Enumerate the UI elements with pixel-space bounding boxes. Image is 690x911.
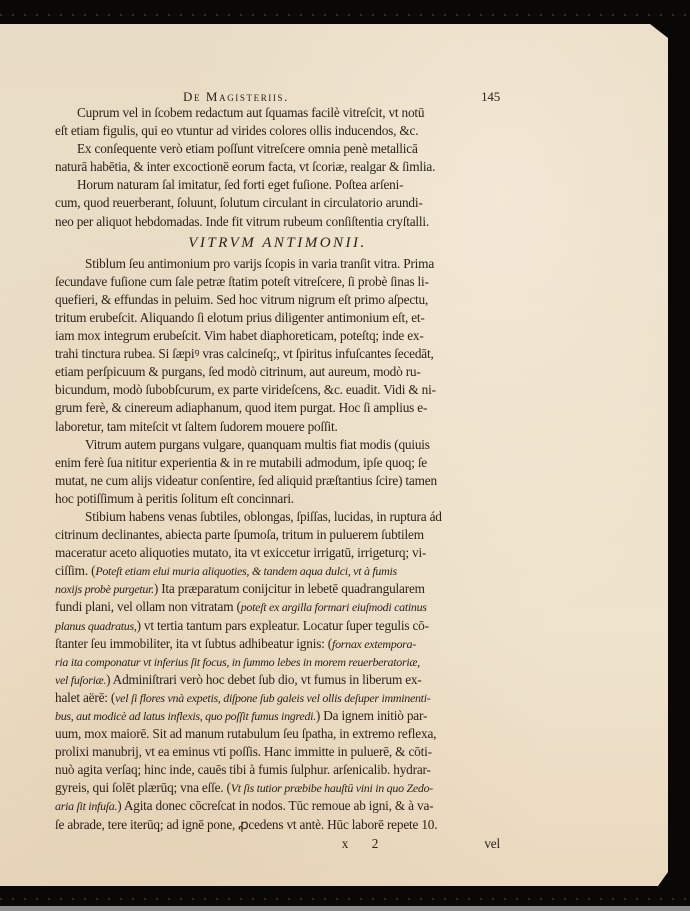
line-text: grum ferè, & cinereum adiaphanum, quod i… bbox=[55, 399, 427, 417]
line-text: ciſſim. ( bbox=[55, 562, 95, 580]
book-page: De Magisteriis. 145 Cuprum vel in ſcobem… bbox=[0, 24, 668, 886]
text-line: nuò agita verſaq; hinc inde, cauēs tibi … bbox=[55, 761, 500, 779]
line-text: Cuprum vel in ſcobem redactum aut ſquama… bbox=[77, 104, 424, 122]
section-heading: VITRVM ANTIMONII. bbox=[55, 234, 500, 253]
text-line: maceratur aceto aliquoties mutato, ita v… bbox=[55, 544, 500, 562]
line-text: eſt etiam figulis, qui eo vtuntur ad vir… bbox=[55, 122, 418, 140]
text-line: uum, mox maiorē. Sit ad manum rutabulum … bbox=[55, 725, 500, 743]
italic-gloss: vel fuſoriæ. bbox=[55, 671, 106, 689]
line-text: neo per aliquot hebdomadas. Inde fit vit… bbox=[55, 213, 429, 231]
line-text: ſecundave fuſione cum ſale petræ ſtatim … bbox=[55, 273, 429, 291]
text-line: halet aërē: (vel ſi flores vnà expetis, … bbox=[55, 689, 500, 707]
text-line: fundi plani, vel ollam non vitratam (pot… bbox=[55, 598, 500, 616]
line-text: tritum erubeſcit. Aliquando ſi elotum pr… bbox=[55, 309, 425, 327]
text-line: Cuprum vel in ſcobem redactum aut ſquama… bbox=[55, 104, 500, 122]
line-text: quefieri, & effundas in peluim. Sed hoc … bbox=[55, 291, 428, 309]
line-text: bicundum, modò ſubobſcurum, ex parte vir… bbox=[55, 381, 436, 399]
text-line: prolixi manubrij, vt ea eminus vti poſſi… bbox=[55, 743, 500, 761]
line-text: laboretur, tam miteſcit vt ſaltem ſudore… bbox=[55, 418, 338, 436]
italic-gloss: vel ſi flores vnà expetis, diſpone ſub g… bbox=[115, 689, 430, 707]
line-text: Ex conſequente verò etiam poſſunt vitreſ… bbox=[77, 140, 418, 158]
text-line: ciſſim. (Poteſt etiam elui muria aliquot… bbox=[55, 562, 500, 580]
text-line: trahi tinctura rubea. Si ſæpiꝰ vras calc… bbox=[55, 345, 500, 363]
text-line: aria ſit infuſa.) Agita donec cōcreſcat … bbox=[55, 797, 500, 815]
line-text: naturā habētia, & inter excoctionē eorum… bbox=[55, 158, 435, 176]
italic-gloss: fornax extempora- bbox=[332, 635, 416, 653]
line-text: hoc potiſſimum à peritis ſolitum eſt con… bbox=[55, 490, 294, 508]
text-line: ſe abrade, tere iterūq; ad ignē pone, ꝓc… bbox=[55, 816, 500, 834]
text-line: Stibium habens venas ſubtiles, oblongas,… bbox=[55, 508, 500, 526]
text-line: iam mox integrum erubeſcit. Vim habet di… bbox=[55, 327, 500, 345]
line-text: nuò agita verſaq; hinc inde, cauēs tibi … bbox=[55, 761, 431, 779]
text-line: eſt etiam figulis, qui eo vtuntur ad vir… bbox=[55, 122, 500, 140]
italic-gloss: ria ita componatur vt inferius ſit focus… bbox=[55, 653, 420, 671]
line-text: ſtanter ſeu immobiliter, ita vt ſubtus a… bbox=[55, 635, 332, 653]
running-head: De Magisteriis. 145 bbox=[55, 88, 500, 104]
text-line: laboretur, tam miteſcit vt ſaltem ſudore… bbox=[55, 418, 500, 436]
text-line: grum ferè, & cinereum adiaphanum, quod i… bbox=[55, 399, 500, 417]
line-text: ) vt tertia tantum pars expleatur. Locat… bbox=[137, 617, 429, 635]
line-text: ) Adminiſtrari verò hoc debet ſub dio, v… bbox=[106, 671, 422, 689]
line-text: prolixi manubrij, vt ea eminus vti poſſi… bbox=[55, 743, 432, 761]
text-line: ſecundave fuſione cum ſale petræ ſtatim … bbox=[55, 273, 500, 291]
text-line: bicundum, modò ſubobſcurum, ex parte vir… bbox=[55, 381, 500, 399]
page-text-block: De Magisteriis. 145 Cuprum vel in ſcobem… bbox=[55, 88, 500, 853]
text-line: tritum erubeſcit. Aliquando ſi elotum pr… bbox=[55, 309, 500, 327]
line-text: maceratur aceto aliquoties mutato, ita v… bbox=[55, 544, 426, 562]
italic-gloss: noxijs probè purgetur. bbox=[55, 580, 154, 598]
scanner-bar bbox=[0, 906, 690, 911]
line-text: cum, quod reuerberant, ſoluunt, ſolutum … bbox=[55, 194, 423, 212]
text-line: enim ferè ſua nititur experientia & in r… bbox=[55, 454, 500, 472]
text-line: neo per aliquot hebdomadas. Inde fit vit… bbox=[55, 213, 500, 231]
scanner-edge-bottom bbox=[0, 898, 690, 900]
italic-gloss: poteſt ex argilla formari eiuſmodi catin… bbox=[241, 598, 427, 616]
text-line: mutat, ne cum alijs videatur conſentire,… bbox=[55, 472, 500, 490]
line-text: Horum naturam ſal imitatur, ſed forti eg… bbox=[77, 176, 403, 194]
line-text: ) Da ignem initiò par- bbox=[316, 707, 427, 725]
italic-gloss: aria ſit infuſa. bbox=[55, 797, 117, 815]
catchword: vel bbox=[484, 835, 500, 853]
text-line: planus quadratus,) vt tertia tantum pars… bbox=[55, 617, 500, 635]
line-text: citrinum declinantes, abiecta parte ſpum… bbox=[55, 526, 424, 544]
line-text: Vitrum autem purgans vulgare, quanquam m… bbox=[85, 436, 430, 454]
page-footer: x 2 vel bbox=[55, 835, 500, 853]
line-text: iam mox integrum erubeſcit. Vim habet di… bbox=[55, 327, 424, 345]
text-line: etiam perſpicuum & purgans, ſed modò cit… bbox=[55, 363, 500, 381]
text-line: bus, aut modicè ad latus inflexis, quo p… bbox=[55, 707, 500, 725]
line-text: gyreis, qui ſolēt plærūq; vna eſſe. ( bbox=[55, 779, 231, 797]
text-line: quefieri, & effundas in peluim. Sed hoc … bbox=[55, 291, 500, 309]
italic-gloss: Poteſt etiam elui muria aliquoties, & ta… bbox=[95, 562, 397, 580]
line-text: fundi plani, vel ollam non vitratam ( bbox=[55, 598, 241, 616]
text-line: ſtanter ſeu immobiliter, ita vt ſubtus a… bbox=[55, 635, 500, 653]
line-text: etiam perſpicuum & purgans, ſed modò cit… bbox=[55, 363, 421, 381]
line-text: trahi tinctura rubea. Si ſæpiꝰ vras calc… bbox=[55, 345, 434, 363]
line-text: mutat, ne cum alijs videatur conſentire,… bbox=[55, 472, 437, 490]
text-line: hoc potiſſimum à peritis ſolitum eſt con… bbox=[55, 490, 500, 508]
line-text: Stibium habens venas ſubtiles, oblongas,… bbox=[85, 508, 442, 526]
italic-gloss: Vt ſis tutior præbibe hauſtū vini in quo… bbox=[231, 779, 433, 797]
text-line: gyreis, qui ſolēt plærūq; vna eſſe. (Vt … bbox=[55, 779, 500, 797]
text-line: ria ita componatur vt inferius ſit focus… bbox=[55, 653, 500, 671]
signature-mark: x 2 bbox=[342, 835, 389, 853]
line-text: uum, mox maiorē. Sit ad manum rutabulum … bbox=[55, 725, 436, 743]
text-line: Ex conſequente verò etiam poſſunt vitreſ… bbox=[55, 140, 500, 158]
scanner-edge-top bbox=[0, 14, 690, 16]
line-text: halet aërē: ( bbox=[55, 689, 115, 707]
text-line: Horum naturam ſal imitatur, ſed forti eg… bbox=[55, 176, 500, 194]
text-line: Vitrum autem purgans vulgare, quanquam m… bbox=[55, 436, 500, 454]
text-line: Stiblum ſeu antimonium pro varijs ſcopis… bbox=[55, 255, 500, 273]
text-line: citrinum declinantes, abiecta parte ſpum… bbox=[55, 526, 500, 544]
line-text: ſe abrade, tere iterūq; ad ignē pone, ꝓc… bbox=[55, 816, 437, 834]
line-text: enim ferè ſua nititur experientia & in r… bbox=[55, 454, 427, 472]
text-line: cum, quod reuerberant, ſoluunt, ſolutum … bbox=[55, 194, 500, 212]
line-text: ) Agita donec cōcreſcat in nodos. Tūc re… bbox=[117, 797, 433, 815]
line-text: Stiblum ſeu antimonium pro varijs ſcopis… bbox=[85, 255, 434, 273]
text-line: noxijs probè purgetur.) Ita præparatum c… bbox=[55, 580, 500, 598]
italic-gloss: bus, aut modicè ad latus inflexis, quo p… bbox=[55, 707, 316, 725]
text-line: vel fuſoriæ.) Adminiſtrari verò hoc debe… bbox=[55, 671, 500, 689]
line-text: ) Ita præparatum conijcitur in lebetē qu… bbox=[154, 580, 425, 598]
text-line: naturā habētia, & inter excoctionē eorum… bbox=[55, 158, 500, 176]
page-number: 145 bbox=[481, 88, 500, 106]
italic-gloss: planus quadratus, bbox=[55, 617, 137, 635]
